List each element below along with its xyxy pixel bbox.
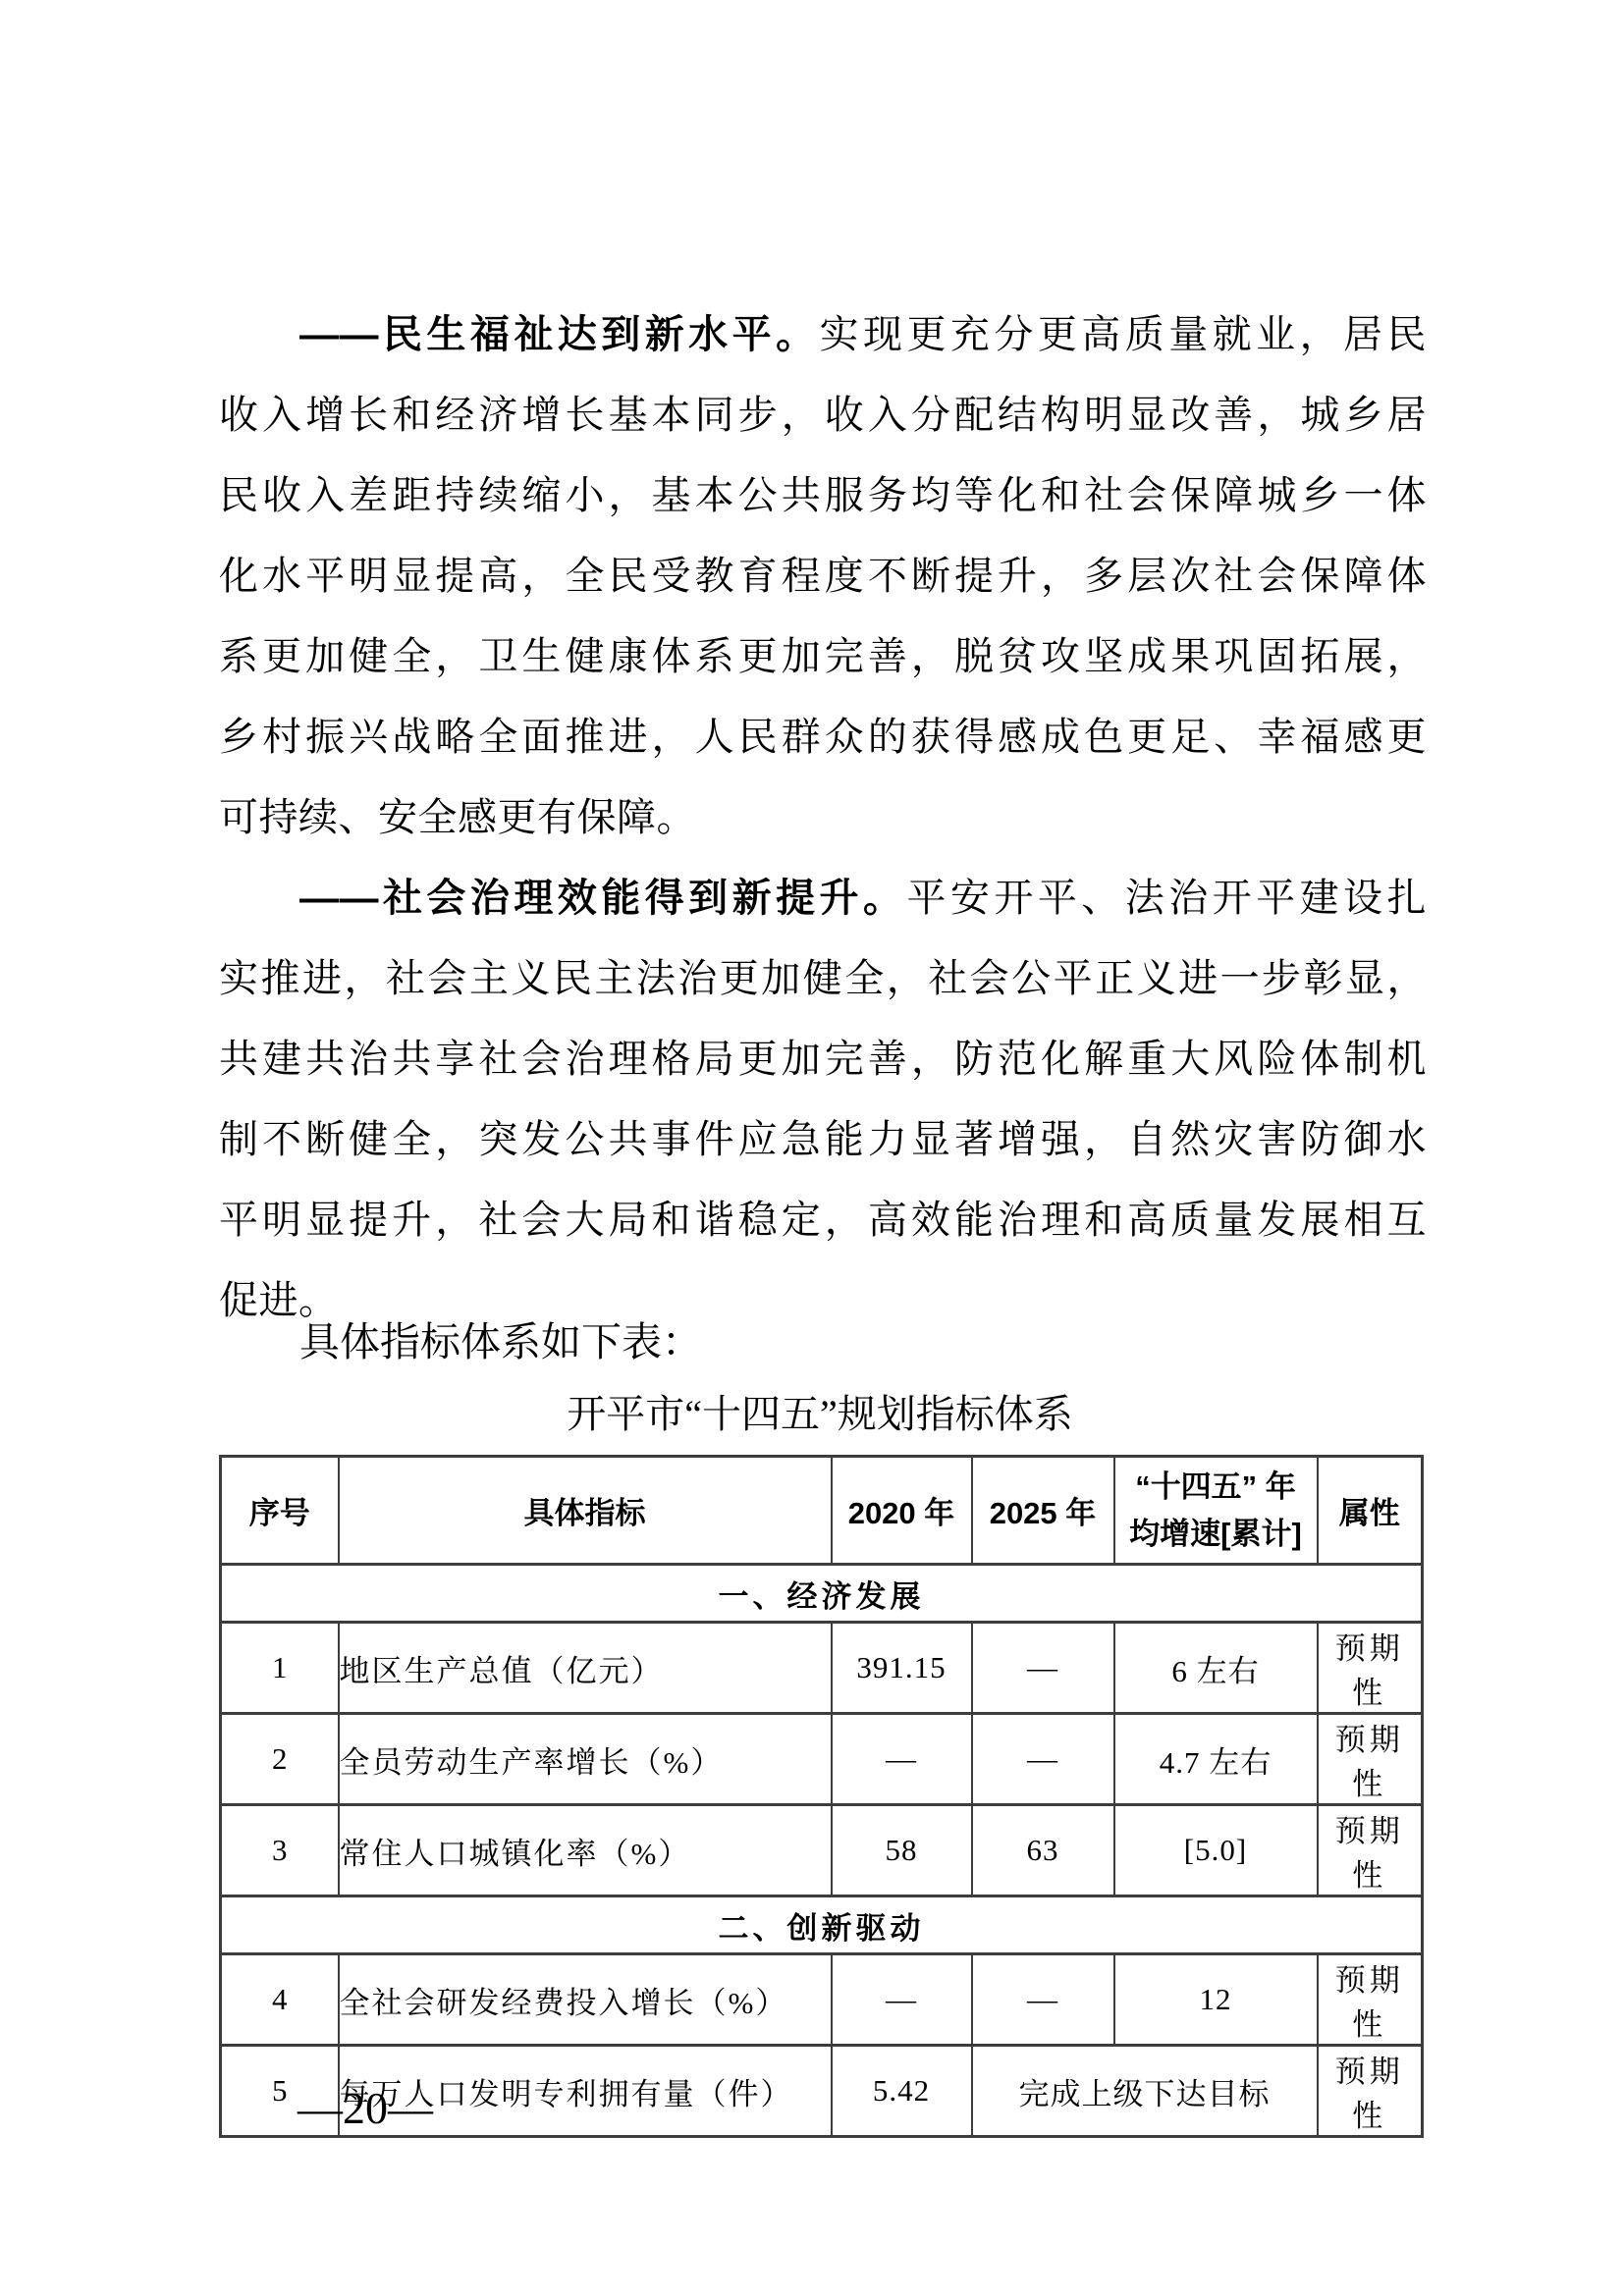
indicator-name: 地区生产总值（亿元）	[339, 1623, 832, 1714]
table-header-row: 序号 具体指标 2020 年 2025 年 “十四五” 年 均增速[累计] 属性	[221, 1457, 1423, 1565]
header-growth-line1: “十四五” 年	[1115, 1464, 1317, 1511]
value-2025: —	[972, 1954, 1114, 2046]
table-row: 3常住人口城镇化率（%）5863[5.0]预期性	[221, 1805, 1423, 1896]
header-attribute: 属性	[1318, 1457, 1423, 1565]
paragraph-line: 系更加健全，卫生健康体系更加完善，脱贫攻坚成果巩固拓展，	[219, 616, 1427, 697]
table-row: 4全社会研发经费投入增长（%）——12预期性	[221, 1954, 1423, 2046]
growth-value: [5.0]	[1114, 1805, 1318, 1896]
header-no: 序号	[221, 1457, 339, 1565]
growth-value: 4.7 左右	[1114, 1714, 1318, 1805]
paragraph-line: 乡村振兴战略全面推进，人民群众的获得感成色更足、幸福感更	[219, 697, 1427, 777]
section-row: 一、经济发展	[221, 1565, 1423, 1623]
value-2025: —	[972, 1714, 1114, 1805]
row-number: 3	[221, 1805, 339, 1896]
paragraph-line: 平明显提升，社会大局和谐稳定，高效能治理和高质量发展相互	[219, 1180, 1427, 1260]
attribute-value: 预期性	[1318, 1623, 1423, 1714]
value-2025: —	[972, 1623, 1114, 1714]
paragraph-lead-rest: 平安开平、法治开平建设扎	[906, 876, 1427, 920]
paragraph-last-line: 可持续、安全感更有保障。	[219, 777, 1427, 858]
table-row: 2全员劳动生产率增长（%）——4.7 左右预期性	[221, 1714, 1423, 1805]
header-growth-line2: 均增速[累计]	[1115, 1511, 1317, 1558]
body-text: ——民生福祉达到新水平。实现更充分更高质量就业，居民 收入增长和经济增长基本同步…	[219, 294, 1427, 1341]
row-number: 1	[221, 1623, 339, 1714]
paragraph-lead-rest: 实现更充分更高质量就业，居民	[820, 312, 1427, 356]
growth-value: 12	[1114, 1954, 1318, 2046]
growth-value: 6 左右	[1114, 1623, 1318, 1714]
value-2020: 391.15	[832, 1623, 972, 1714]
value-2025: 63	[972, 1805, 1114, 1896]
merged-target: 完成上级下达目标	[972, 2046, 1318, 2137]
paragraph-lead-bold: ——民生福祉达到新水平。	[299, 313, 820, 356]
document-page: ——民生福祉达到新水平。实现更充分更高质量就业，居民 收入增长和经济增长基本同步…	[0, 0, 1624, 2296]
paragraph-governance: ——社会治理效能得到新提升。平安开平、法治开平建设扎 实推进，社会主义民主法治更…	[219, 858, 1427, 1341]
value-2020: —	[832, 1714, 972, 1805]
paragraph-first-line: ——民生福祉达到新水平。实现更充分更高质量就业，居民	[219, 294, 1427, 375]
header-growth: “十四五” 年 均增速[累计]	[1114, 1457, 1318, 1565]
value-2020: 58	[832, 1805, 972, 1896]
attribute-value: 预期性	[1318, 1805, 1423, 1896]
section-label: 二、创新驱动	[221, 1896, 1423, 1954]
paragraph-line: 收入增长和经济增长基本同步，收入分配结构明显改善，城乡居	[219, 375, 1427, 455]
paragraph-livelihood: ——民生福祉达到新水平。实现更充分更高质量就业，居民 收入增长和经济增长基本同步…	[219, 294, 1427, 858]
paragraph-line: 实推进，社会主义民主法治更加健全，社会公平正义进一步彰显，	[219, 938, 1427, 1019]
paragraph-line: 化水平明显提高，全民受教育程度不断提升，多层次社会保障体	[219, 536, 1427, 616]
section-label: 一、经济发展	[221, 1565, 1423, 1623]
attribute-value: 预期性	[1318, 2046, 1423, 2137]
header-indicator: 具体指标	[339, 1457, 832, 1565]
attribute-value: 预期性	[1318, 1714, 1423, 1805]
attribute-value: 预期性	[1318, 1954, 1423, 2046]
table-body: 一、经济发展1地区生产总值（亿元）391.15—6 左右预期性2全员劳动生产率增…	[221, 1565, 1423, 2137]
row-number: 4	[221, 1954, 339, 2046]
indicator-name: 常住人口城镇化率（%）	[339, 1805, 832, 1896]
indicator-name: 全员劳动生产率增长（%）	[339, 1714, 832, 1805]
paragraph-line: 共建共治共享社会治理格局更加完善，防范化解重大风险体制机	[219, 1019, 1427, 1099]
paragraph-middle-lines: 收入增长和经济增长基本同步，收入分配结构明显改善，城乡居民收入差距持续缩小，基本…	[219, 375, 1427, 777]
paragraph-lead-bold: ——社会治理效能得到新提升。	[299, 877, 906, 920]
indicator-name: 全社会研发经费投入增长（%）	[339, 1954, 832, 2046]
paragraph-line: 制不断健全，突发公共事件应急能力显著增强，自然灾害防御水	[219, 1099, 1427, 1180]
header-2020: 2020 年	[832, 1457, 972, 1565]
paragraph-first-line: ——社会治理效能得到新提升。平安开平、法治开平建设扎	[219, 858, 1427, 938]
paragraph-middle-lines: 实推进，社会主义民主法治更加健全，社会公平正义进一步彰显，共建共治共享社会治理格…	[219, 938, 1427, 1260]
table-intro-line: 具体指标体系如下表：	[299, 1317, 702, 1366]
value-2020: —	[832, 1954, 972, 2046]
paragraph-line: 民收入差距持续缩小，基本公共服务均等化和社会保障城乡一体	[219, 455, 1427, 536]
indicator-table: 序号 具体指标 2020 年 2025 年 “十四五” 年 均增速[累计] 属性…	[219, 1455, 1424, 2138]
header-2025: 2025 年	[972, 1457, 1114, 1565]
table-title: 开平市“十四五”规划指标体系	[219, 1390, 1421, 1439]
row-number: 2	[221, 1714, 339, 1805]
section-row: 二、创新驱动	[221, 1896, 1423, 1954]
page-number: —20—	[298, 2083, 433, 2134]
value-2020: 5.42	[832, 2046, 972, 2137]
table-row: 1地区生产总值（亿元）391.15—6 左右预期性	[221, 1623, 1423, 1714]
